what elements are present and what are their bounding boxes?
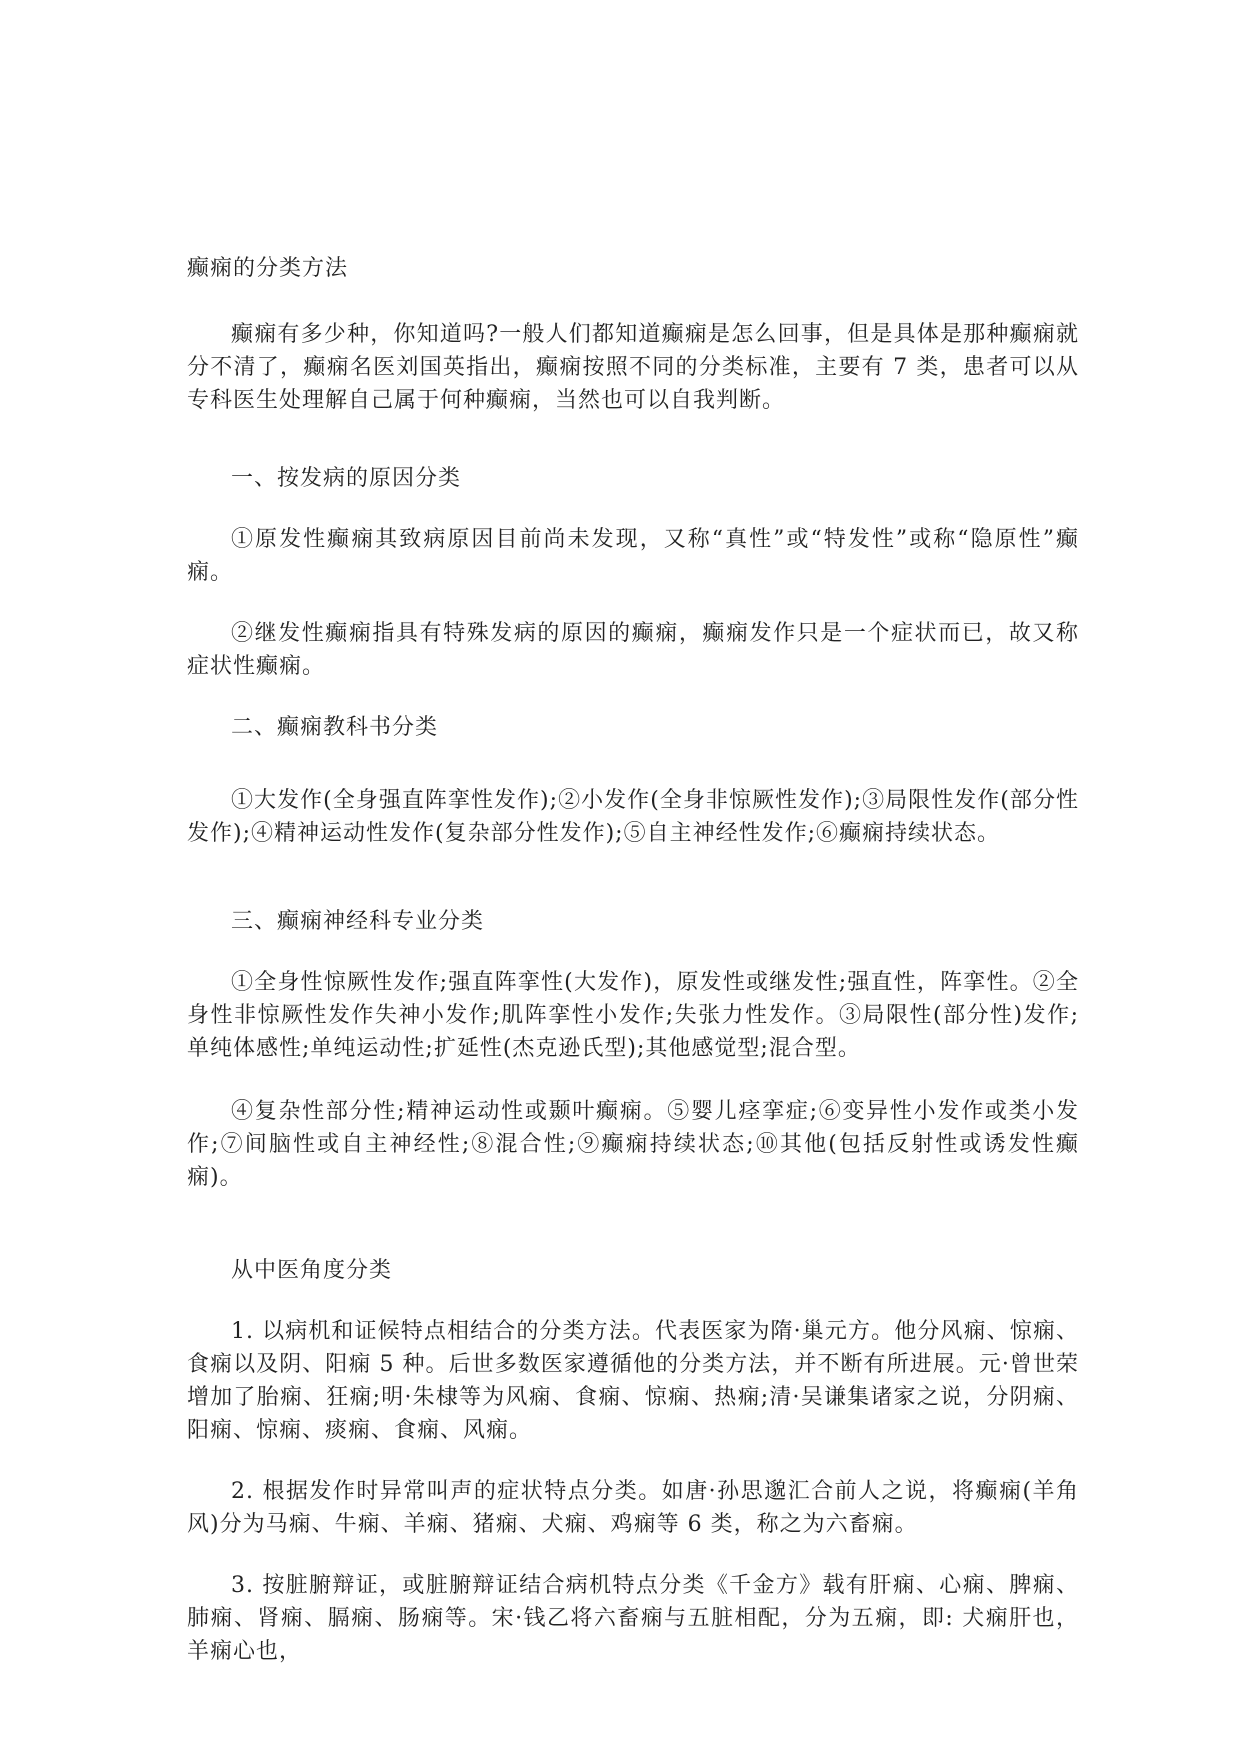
section-heading-neurology: 三、癫痫神经科专业分类 xyxy=(187,905,1079,938)
paragraph-neurology-types-1: ①全身性惊厥性发作;强直阵挛性(大发作)，原发性或继发性;强直性，阵挛性。②全身… xyxy=(187,966,1079,1065)
section-heading-cause: 一、按发病的原因分类 xyxy=(187,462,1079,495)
document-title: 癫痫的分类方法 xyxy=(187,252,1079,285)
paragraph-textbook-types: ①大发作(全身强直阵挛性发作);②小发作(全身非惊厥性发作);③局限性发作(部分… xyxy=(187,784,1079,850)
paragraph-neurology-types-2: ④复杂性部分性;精神运动性或颞叶癫痫。⑤婴儿痉挛症;⑥变异性小发作或类小发作;⑦… xyxy=(187,1095,1079,1194)
section-heading-tcm: 从中医角度分类 xyxy=(187,1254,1079,1287)
paragraph-tcm-3: 3. 按脏腑辩证，或脏腑辩证结合病机特点分类《千金方》载有肝痫、心痫、脾痫、肺痫… xyxy=(187,1569,1079,1668)
paragraph-secondary-epilepsy: ②继发性癫痫指具有特殊发病的原因的癫痫，癫痫发作只是一个症状而已，故又称症状性癫… xyxy=(187,617,1079,683)
paragraph-tcm-2: 2. 根据发作时异常叫声的症状特点分类。如唐·孙思邈汇合前人之说，将癫痫(羊角风… xyxy=(187,1475,1079,1541)
paragraph-primary-epilepsy: ①原发性癫痫其致病原因目前尚未发现，又称“真性”或“特发性”或称“隐原性”癫痫。 xyxy=(187,523,1079,589)
intro-paragraph: 癫痫有多少种，你知道吗?一般人们都知道癫痫是怎么回事，但是具体是那种癫痫就分不清… xyxy=(187,318,1079,417)
section-heading-textbook: 二、癫痫教科书分类 xyxy=(187,711,1079,744)
document-page: 癫痫的分类方法 癫痫有多少种，你知道吗?一般人们都知道癫痫是怎么回事，但是具体是… xyxy=(0,0,1241,1754)
paragraph-tcm-1: 1. 以病机和证候特点相结合的分类方法。代表医家为隋·巢元方。他分风痫、惊痫、食… xyxy=(187,1315,1079,1447)
document-body: 癫痫的分类方法 癫痫有多少种，你知道吗?一般人们都知道癫痫是怎么回事，但是具体是… xyxy=(187,252,1079,1668)
